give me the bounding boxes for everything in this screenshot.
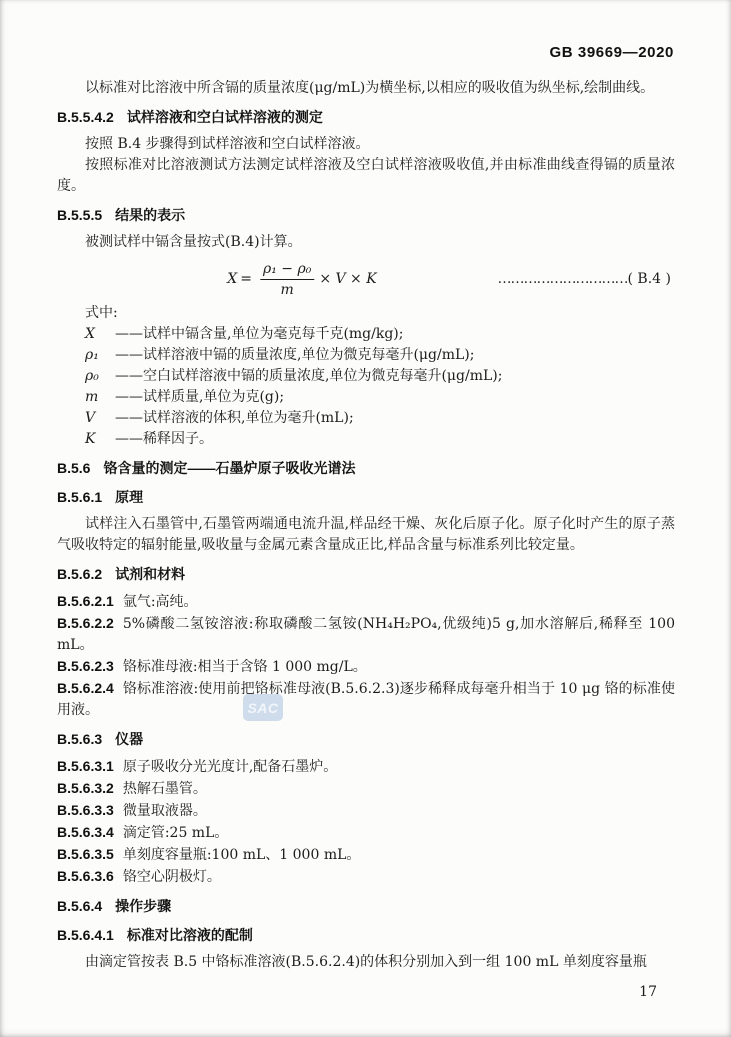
formula-numerator: ρ₁ − ρ₀ [260,260,314,280]
symbol-definition: ρ₁——试样溶液中镉的质量浓度,单位为微克每毫升(μg/mL); [57,345,675,366]
symbol-name: m [85,387,115,408]
clause-item-text: 原子吸收分光光度计,配备石墨炉。 [123,759,337,775]
formula-label: …………………………( B.4 ) [498,259,671,299]
symbol-description: ——试样中镉含量,单位为毫克每千克(mg/kg); [115,326,404,342]
clause-item-number: B.5.6.3.3 [57,802,114,818]
clause-heading-number: B.5.6.1 [57,489,102,505]
formula-expression: X=ρ₁ − ρ₀m× V × K [227,259,376,299]
clause-heading-number: B.5.6.2 [57,566,102,582]
clause-heading: B.5.6.1原理 [57,487,675,508]
clause-heading-title: 结果的表示 [115,207,185,223]
clause-item: B.5.6.2.25%磷酸二氢铵溶液:称取磷酸二氢铵(NH₄H₂PO₄,优级纯)… [57,613,675,656]
symbol-name: X [85,324,115,345]
clause-item-number: B.5.6.3.2 [57,780,114,796]
clause-item-number: B.5.6.2.4 [57,680,114,696]
clause-item-number: B.5.6.3.6 [57,868,114,884]
clause-item-number: B.5.6.3.1 [57,758,114,774]
sac-watermark: SAC [243,694,283,721]
clause-heading-title: 原理 [115,489,143,505]
symbol-definition: X——试样中镉含量,单位为毫克每千克(mg/kg); [57,324,675,345]
clause-heading: B.5.6铬含量的测定——石墨炉原子吸收光谱法 [57,458,675,479]
formula-block: X=ρ₁ − ρ₀m× V × K…………………………( B.4 ) [57,259,675,299]
symbol-description: ——稀释因子。 [115,431,213,447]
clause-heading-number: B.5.5.4.2 [57,109,114,125]
clause-heading: B.5.5.4.2试样溶液和空白试样溶液的测定 [57,107,675,128]
clause-heading-number: B.5.6.4.1 [57,927,114,943]
clause-item-text: 5%磷酸二氢铵溶液:称取磷酸二氢铵(NH₄H₂PO₄,优级纯)5 g,加水溶解后… [57,616,675,653]
clause-heading-title: 试剂和材料 [115,566,185,582]
clause-item-text: 铬空心阴极灯。 [123,869,221,885]
document-body: 以标准对比溶液中所含镉的质量浓度(μg/mL)为横坐标,以相应的吸收值为纵坐标,… [57,78,675,973]
clause-item-number: B.5.6.3.5 [57,846,114,862]
clause-heading-number: B.5.6.3 [57,731,102,747]
formula-number: ( B.4 ) [628,269,671,290]
clause-item-text: 热解石墨管。 [123,781,207,797]
symbol-description: ——试样溶液的体积,单位为毫升(mL); [115,410,354,426]
symbol-name: V [85,408,115,429]
clause-heading-title: 铬含量的测定——石墨炉原子吸收光谱法 [103,460,355,476]
paragraph: 试样注入石墨管中,石墨管两端通电流升温,样品经干燥、灰化后原子化。原子化时产生的… [57,514,675,556]
paragraph: 由滴定管按表 B.5 中铬标准溶液(B.5.6.2.4)的体积分别加入到一组 1… [57,952,675,973]
symbol-definition: K——稀释因子。 [57,429,675,450]
formula-leader-dots: ………………………… [498,269,628,290]
clause-heading-title: 操作步骤 [115,898,171,914]
clause-heading: B.5.6.4操作步骤 [57,896,675,917]
clause-heading-title: 仪器 [115,731,143,747]
clause-heading: B.5.6.3仪器 [57,729,675,750]
symbol-name: K [85,429,115,450]
symbol-description: ——试样质量,单位为克(g); [115,389,284,405]
clause-item-number: B.5.6.2.2 [57,615,114,631]
symbol-name: ρ₁ [85,345,115,366]
symbol-description: ——空白试样溶液中镉的质量浓度,单位为微克每毫升(μg/mL); [115,368,502,384]
clause-item-text: 单刻度容量瓶:100 mL、1 000 mL。 [123,847,361,863]
clause-heading-number: B.5.5.5 [57,207,102,223]
symbols-intro: 式中: [57,303,675,324]
standard-number-header: GB 39669—2020 [549,44,674,61]
clause-item: B.5.6.3.6铬空心阴极灯。 [57,866,675,888]
paragraph: 被测试样中镉含量按式(B.4)计算。 [57,232,675,253]
clause-item: B.5.6.2.1氩气:高纯。 [57,591,675,613]
formula-lhs: X [227,269,237,290]
formula-equals: = [240,269,252,290]
clause-heading: B.5.6.4.1标准对比溶液的配制 [57,925,675,946]
symbol-name: ρ₀ [85,366,115,387]
clause-item-number: B.5.6.2.1 [57,593,114,609]
clause-item: B.5.6.3.4滴定管:25 mL。 [57,822,675,844]
clause-item-text: 氩气:高纯。 [123,594,198,610]
clause-item: B.5.6.3.2热解石墨管。 [57,778,675,800]
sac-watermark-text: SAC [247,700,278,716]
clause-item-text: 滴定管:25 mL。 [123,825,229,841]
clause-heading: B.5.5.5结果的表示 [57,205,675,226]
clause-heading-title: 试样溶液和空白试样溶液的测定 [127,109,323,125]
clause-item: B.5.6.2.4铬标准溶液:使用前把铬标准母液(B.5.6.2.3)逐步稀释成… [57,678,675,721]
formula-fraction: ρ₁ − ρ₀m [260,260,314,299]
paragraph: 按照 B.4 步骤得到试样溶液和空白试样溶液。 [57,134,675,155]
paragraph: 按照标准对比溶液测试方法测定试样溶液及空白试样溶液吸收值,并由标准曲线查得镉的质… [57,155,675,197]
clause-heading-number: B.5.6 [57,460,90,476]
symbol-definition: m——试样质量,单位为克(g); [57,387,675,408]
clause-heading: B.5.6.2试剂和材料 [57,564,675,585]
symbol-description: ——试样溶液中镉的质量浓度,单位为微克每毫升(μg/mL); [115,347,474,363]
clause-item: B.5.6.3.3微量取液器。 [57,800,675,822]
document-page: GB 39669—2020 以标准对比溶液中所含镉的质量浓度(μg/mL)为横坐… [0,0,731,1037]
clause-item-text: 铬标准溶液:使用前把铬标准母液(B.5.6.2.3)逐步稀释成每毫升相当于 10… [57,681,675,718]
clause-heading-title: 标准对比溶液的配制 [127,927,253,943]
clause-item-number: B.5.6.3.4 [57,824,114,840]
clause-item: B.5.6.3.5单刻度容量瓶:100 mL、1 000 mL。 [57,844,675,866]
symbol-definition: ρ₀——空白试样溶液中镉的质量浓度,单位为微克每毫升(μg/mL); [57,366,675,387]
clause-item: B.5.6.3.1原子吸收分光光度计,配备石墨炉。 [57,756,675,778]
paragraph: 以标准对比溶液中所含镉的质量浓度(μg/mL)为横坐标,以相应的吸收值为纵坐标,… [57,78,675,99]
clause-item: B.5.6.2.3铬标准母液:相当于含铬 1 000 mg/L。 [57,656,675,678]
clause-item-number: B.5.6.2.3 [57,658,114,674]
page-number: 17 [639,984,657,1000]
clause-item-text: 微量取液器。 [123,803,207,819]
clause-heading-number: B.5.6.4 [57,898,102,914]
formula-suffix: × V × K [319,269,376,290]
clause-item-text: 铬标准母液:相当于含铬 1 000 mg/L。 [123,659,367,675]
formula-denominator: m [281,280,294,299]
symbol-definition: V——试样溶液的体积,单位为毫升(mL); [57,408,675,429]
